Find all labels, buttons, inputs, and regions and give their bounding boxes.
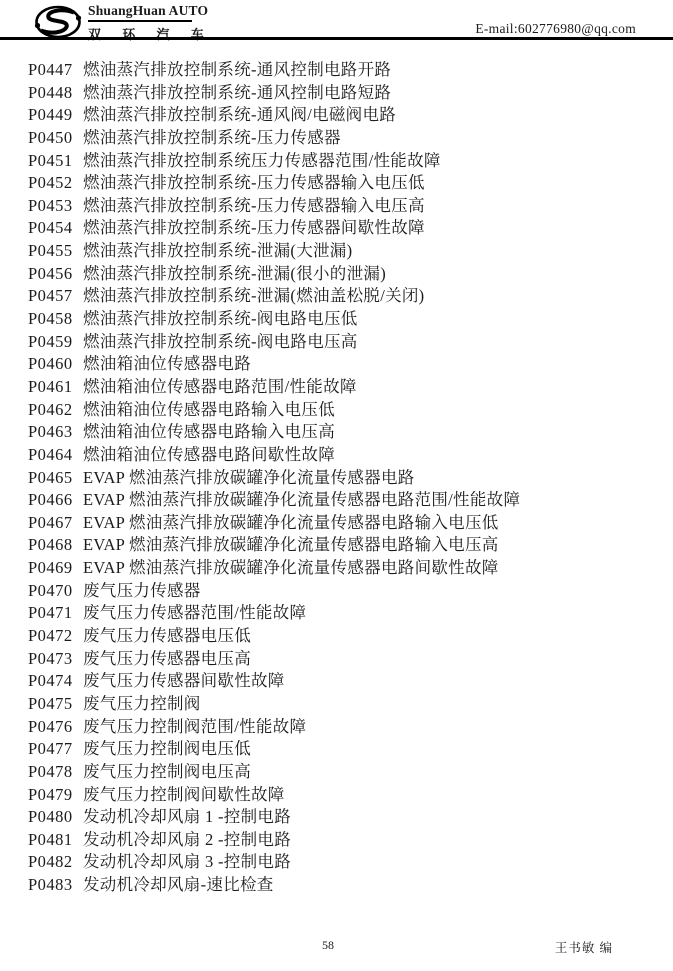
dtc-code: P0457 bbox=[28, 285, 83, 308]
dtc-row: P0465EVAP 燃油蒸汽排放碳罐净化流量传感器电路 bbox=[28, 467, 663, 490]
dtc-row: P0477废气压力控制阀电压低 bbox=[28, 738, 663, 761]
dtc-row: P0455燃油蒸汽排放控制系统-泄漏(大泄漏) bbox=[28, 240, 663, 263]
dtc-row: P0471废气压力传感器范围/性能故障 bbox=[28, 602, 663, 625]
dtc-code: P0447 bbox=[28, 59, 83, 82]
dtc-description: 发动机冷却风扇-速比检查 bbox=[83, 875, 274, 894]
dtc-description: 燃油蒸汽排放控制系统-泄漏(燃油盖松脱/关闭) bbox=[83, 286, 424, 305]
dtc-row: P0454燃油蒸汽排放控制系统-压力传感器间歇性故障 bbox=[28, 217, 663, 240]
dtc-code: P0464 bbox=[28, 444, 83, 467]
dtc-code: P0480 bbox=[28, 806, 83, 829]
dtc-code: P0477 bbox=[28, 738, 83, 761]
shuanghuan-logo-icon bbox=[34, 4, 82, 40]
dtc-description: 废气压力控制阀范围/性能故障 bbox=[83, 717, 306, 736]
dtc-code: P0482 bbox=[28, 851, 83, 874]
dtc-description: 废气压力传感器间歇性故障 bbox=[83, 671, 285, 690]
dtc-code: P0479 bbox=[28, 784, 83, 807]
page-footer: 58 王书敏 编 bbox=[0, 936, 673, 958]
dtc-code: P0463 bbox=[28, 421, 83, 444]
dtc-description: 燃油蒸汽排放控制系统-压力传感器输入电压低 bbox=[83, 173, 425, 192]
dtc-row: P0449燃油蒸汽排放控制系统-通风阀/电磁阀电路 bbox=[28, 104, 663, 127]
dtc-row: P0462燃油箱油位传感器电路输入电压低 bbox=[28, 399, 663, 422]
dtc-description: 发动机冷却风扇 3 -控制电路 bbox=[83, 852, 291, 871]
dtc-code: P0476 bbox=[28, 716, 83, 739]
dtc-code: P0475 bbox=[28, 693, 83, 716]
dtc-code: P0458 bbox=[28, 308, 83, 331]
dtc-row: P0470废气压力传感器 bbox=[28, 580, 663, 603]
dtc-row: P0480发动机冷却风扇 1 -控制电路 bbox=[28, 806, 663, 829]
dtc-description: 燃油蒸汽排放控制系统-泄漏(大泄漏) bbox=[83, 241, 352, 260]
dtc-description: 燃油蒸汽排放控制系统-阀电路电压高 bbox=[83, 332, 358, 351]
dtc-code: P0472 bbox=[28, 625, 83, 648]
dtc-description: 废气压力传感器电压低 bbox=[83, 626, 251, 645]
dtc-description: 燃油蒸汽排放控制系统-通风控制电路短路 bbox=[83, 83, 391, 102]
dtc-description: 废气压力传感器范围/性能故障 bbox=[83, 603, 306, 622]
dtc-description: 燃油箱油位传感器电路输入电压低 bbox=[83, 400, 335, 419]
dtc-description: EVAP 燃油蒸汽排放碳罐净化流量传感器电路间歇性故障 bbox=[83, 558, 499, 577]
dtc-code: P0462 bbox=[28, 399, 83, 422]
dtc-code: P0456 bbox=[28, 263, 83, 286]
dtc-row: P0483发动机冷却风扇-速比检查 bbox=[28, 874, 663, 897]
dtc-description: EVAP 燃油蒸汽排放碳罐净化流量传感器电路范围/性能故障 bbox=[83, 490, 520, 509]
dtc-description: 废气压力传感器电压高 bbox=[83, 649, 251, 668]
dtc-row: P0461燃油箱油位传感器电路范围/性能故障 bbox=[28, 376, 663, 399]
dtc-description: 燃油箱油位传感器电路 bbox=[83, 354, 251, 373]
dtc-code: P0467 bbox=[28, 512, 83, 535]
dtc-code: P0466 bbox=[28, 489, 83, 512]
dtc-code: P0454 bbox=[28, 217, 83, 240]
dtc-row: P0467EVAP 燃油蒸汽排放碳罐净化流量传感器电路输入电压低 bbox=[28, 512, 663, 535]
dtc-row: P0468EVAP 燃油蒸汽排放碳罐净化流量传感器电路输入电压高 bbox=[28, 534, 663, 557]
dtc-code: P0483 bbox=[28, 874, 83, 897]
header-divider bbox=[0, 37, 673, 40]
dtc-description: 废气压力控制阀 bbox=[83, 694, 201, 713]
dtc-description: 燃油蒸汽排放控制系统-压力传感器间歇性故障 bbox=[83, 218, 425, 237]
dtc-description: EVAP 燃油蒸汽排放碳罐净化流量传感器电路输入电压低 bbox=[83, 513, 499, 532]
dtc-code: P0461 bbox=[28, 376, 83, 399]
dtc-row: P0458燃油蒸汽排放控制系统-阀电路电压低 bbox=[28, 308, 663, 331]
dtc-row: P0457燃油蒸汽排放控制系统-泄漏(燃油盖松脱/关闭) bbox=[28, 285, 663, 308]
dtc-code: P0465 bbox=[28, 467, 83, 490]
dtc-row: P0474废气压力传感器间歇性故障 bbox=[28, 670, 663, 693]
dtc-row: P0450燃油蒸汽排放控制系统-压力传感器 bbox=[28, 127, 663, 150]
dtc-code: P0452 bbox=[28, 172, 83, 195]
dtc-description: 燃油箱油位传感器电路输入电压高 bbox=[83, 422, 335, 441]
dtc-row: P0481发动机冷却风扇 2 -控制电路 bbox=[28, 829, 663, 852]
dtc-description: 燃油蒸汽排放控制系统-通风控制电路开路 bbox=[83, 60, 391, 79]
dtc-code: P0453 bbox=[28, 195, 83, 218]
dtc-description: 燃油箱油位传感器电路范围/性能故障 bbox=[83, 377, 357, 396]
dtc-code: P0481 bbox=[28, 829, 83, 852]
page-number: 58 bbox=[322, 938, 334, 953]
dtc-description: 燃油蒸汽排放控制系统-通风阀/电磁阀电路 bbox=[83, 105, 396, 124]
dtc-code: P0459 bbox=[28, 331, 83, 354]
dtc-description: 燃油箱油位传感器电路间歇性故障 bbox=[83, 445, 335, 464]
dtc-description: 燃油蒸汽排放控制系统-压力传感器 bbox=[83, 128, 341, 147]
dtc-description: 发动机冷却风扇 1 -控制电路 bbox=[83, 807, 291, 826]
dtc-code: P0474 bbox=[28, 670, 83, 693]
dtc-row: P0482发动机冷却风扇 3 -控制电路 bbox=[28, 851, 663, 874]
dtc-description: EVAP 燃油蒸汽排放碳罐净化流量传感器电路输入电压高 bbox=[83, 535, 499, 554]
dtc-description: 废气压力传感器 bbox=[83, 581, 201, 600]
dtc-code: P0448 bbox=[28, 82, 83, 105]
dtc-description: 废气压力控制阀电压高 bbox=[83, 762, 251, 781]
dtc-row: P0452燃油蒸汽排放控制系统-压力传感器输入电压低 bbox=[28, 172, 663, 195]
dtc-description: 燃油蒸汽排放控制系统-压力传感器输入电压高 bbox=[83, 196, 425, 215]
dtc-row: P0473废气压力传感器电压高 bbox=[28, 648, 663, 671]
dtc-row: P0453燃油蒸汽排放控制系统-压力传感器输入电压高 bbox=[28, 195, 663, 218]
dtc-row: P0469EVAP 燃油蒸汽排放碳罐净化流量传感器电路间歇性故障 bbox=[28, 557, 663, 580]
page-header: ShuangHuan AUTO 双 环 汽 车 E-mail:602776980… bbox=[0, 0, 673, 40]
dtc-row: P0463燃油箱油位传感器电路输入电压高 bbox=[28, 421, 663, 444]
dtc-row: P0460燃油箱油位传感器电路 bbox=[28, 353, 663, 376]
dtc-row: P0475废气压力控制阀 bbox=[28, 693, 663, 716]
dtc-description: EVAP 燃油蒸汽排放碳罐净化流量传感器电路 bbox=[83, 468, 415, 487]
dtc-row: P0479废气压力控制阀间歇性故障 bbox=[28, 784, 663, 807]
dtc-description: 燃油蒸汽排放控制系统-阀电路电压低 bbox=[83, 309, 358, 328]
dtc-code: P0450 bbox=[28, 127, 83, 150]
editor-credit: 王书敏 编 bbox=[555, 938, 613, 956]
dtc-row: P0466EVAP 燃油蒸汽排放碳罐净化流量传感器电路范围/性能故障 bbox=[28, 489, 663, 512]
dtc-row: P0451燃油蒸汽排放控制系统压力传感器范围/性能故障 bbox=[28, 150, 663, 173]
dtc-code: P0449 bbox=[28, 104, 83, 127]
dtc-code: P0460 bbox=[28, 353, 83, 376]
dtc-description: 废气压力控制阀间歇性故障 bbox=[83, 785, 285, 804]
dtc-code-list: P0447燃油蒸汽排放控制系统-通风控制电路开路 P0448燃油蒸汽排放控制系统… bbox=[28, 59, 663, 897]
dtc-row: P0459燃油蒸汽排放控制系统-阀电路电压高 bbox=[28, 331, 663, 354]
dtc-row: P0476废气压力控制阀范围/性能故障 bbox=[28, 716, 663, 739]
dtc-code: P0470 bbox=[28, 580, 83, 603]
brand-name-chinese: 双 环 汽 车 bbox=[88, 24, 192, 43]
dtc-code: P0469 bbox=[28, 557, 83, 580]
brand-name-english: ShuangHuan AUTO bbox=[88, 3, 192, 22]
dtc-description: 发动机冷却风扇 2 -控制电路 bbox=[83, 830, 291, 849]
dtc-description: 废气压力控制阀电压低 bbox=[83, 739, 251, 758]
dtc-row: P0464燃油箱油位传感器电路间歇性故障 bbox=[28, 444, 663, 467]
dtc-row: P0456燃油蒸汽排放控制系统-泄漏(很小的泄漏) bbox=[28, 263, 663, 286]
dtc-code: P0468 bbox=[28, 534, 83, 557]
dtc-code: P0451 bbox=[28, 150, 83, 173]
dtc-code: P0455 bbox=[28, 240, 83, 263]
dtc-row: P0472废气压力传感器电压低 bbox=[28, 625, 663, 648]
contact-email: E-mail:602776980@qq.com bbox=[475, 21, 636, 37]
dtc-code: P0471 bbox=[28, 602, 83, 625]
dtc-code: P0478 bbox=[28, 761, 83, 784]
dtc-description: 燃油蒸汽排放控制系统-泄漏(很小的泄漏) bbox=[83, 264, 386, 283]
dtc-row: P0447燃油蒸汽排放控制系统-通风控制电路开路 bbox=[28, 59, 663, 82]
dtc-row: P0478废气压力控制阀电压高 bbox=[28, 761, 663, 784]
dtc-description: 燃油蒸汽排放控制系统压力传感器范围/性能故障 bbox=[83, 151, 441, 170]
dtc-row: P0448燃油蒸汽排放控制系统-通风控制电路短路 bbox=[28, 82, 663, 105]
dtc-code: P0473 bbox=[28, 648, 83, 671]
